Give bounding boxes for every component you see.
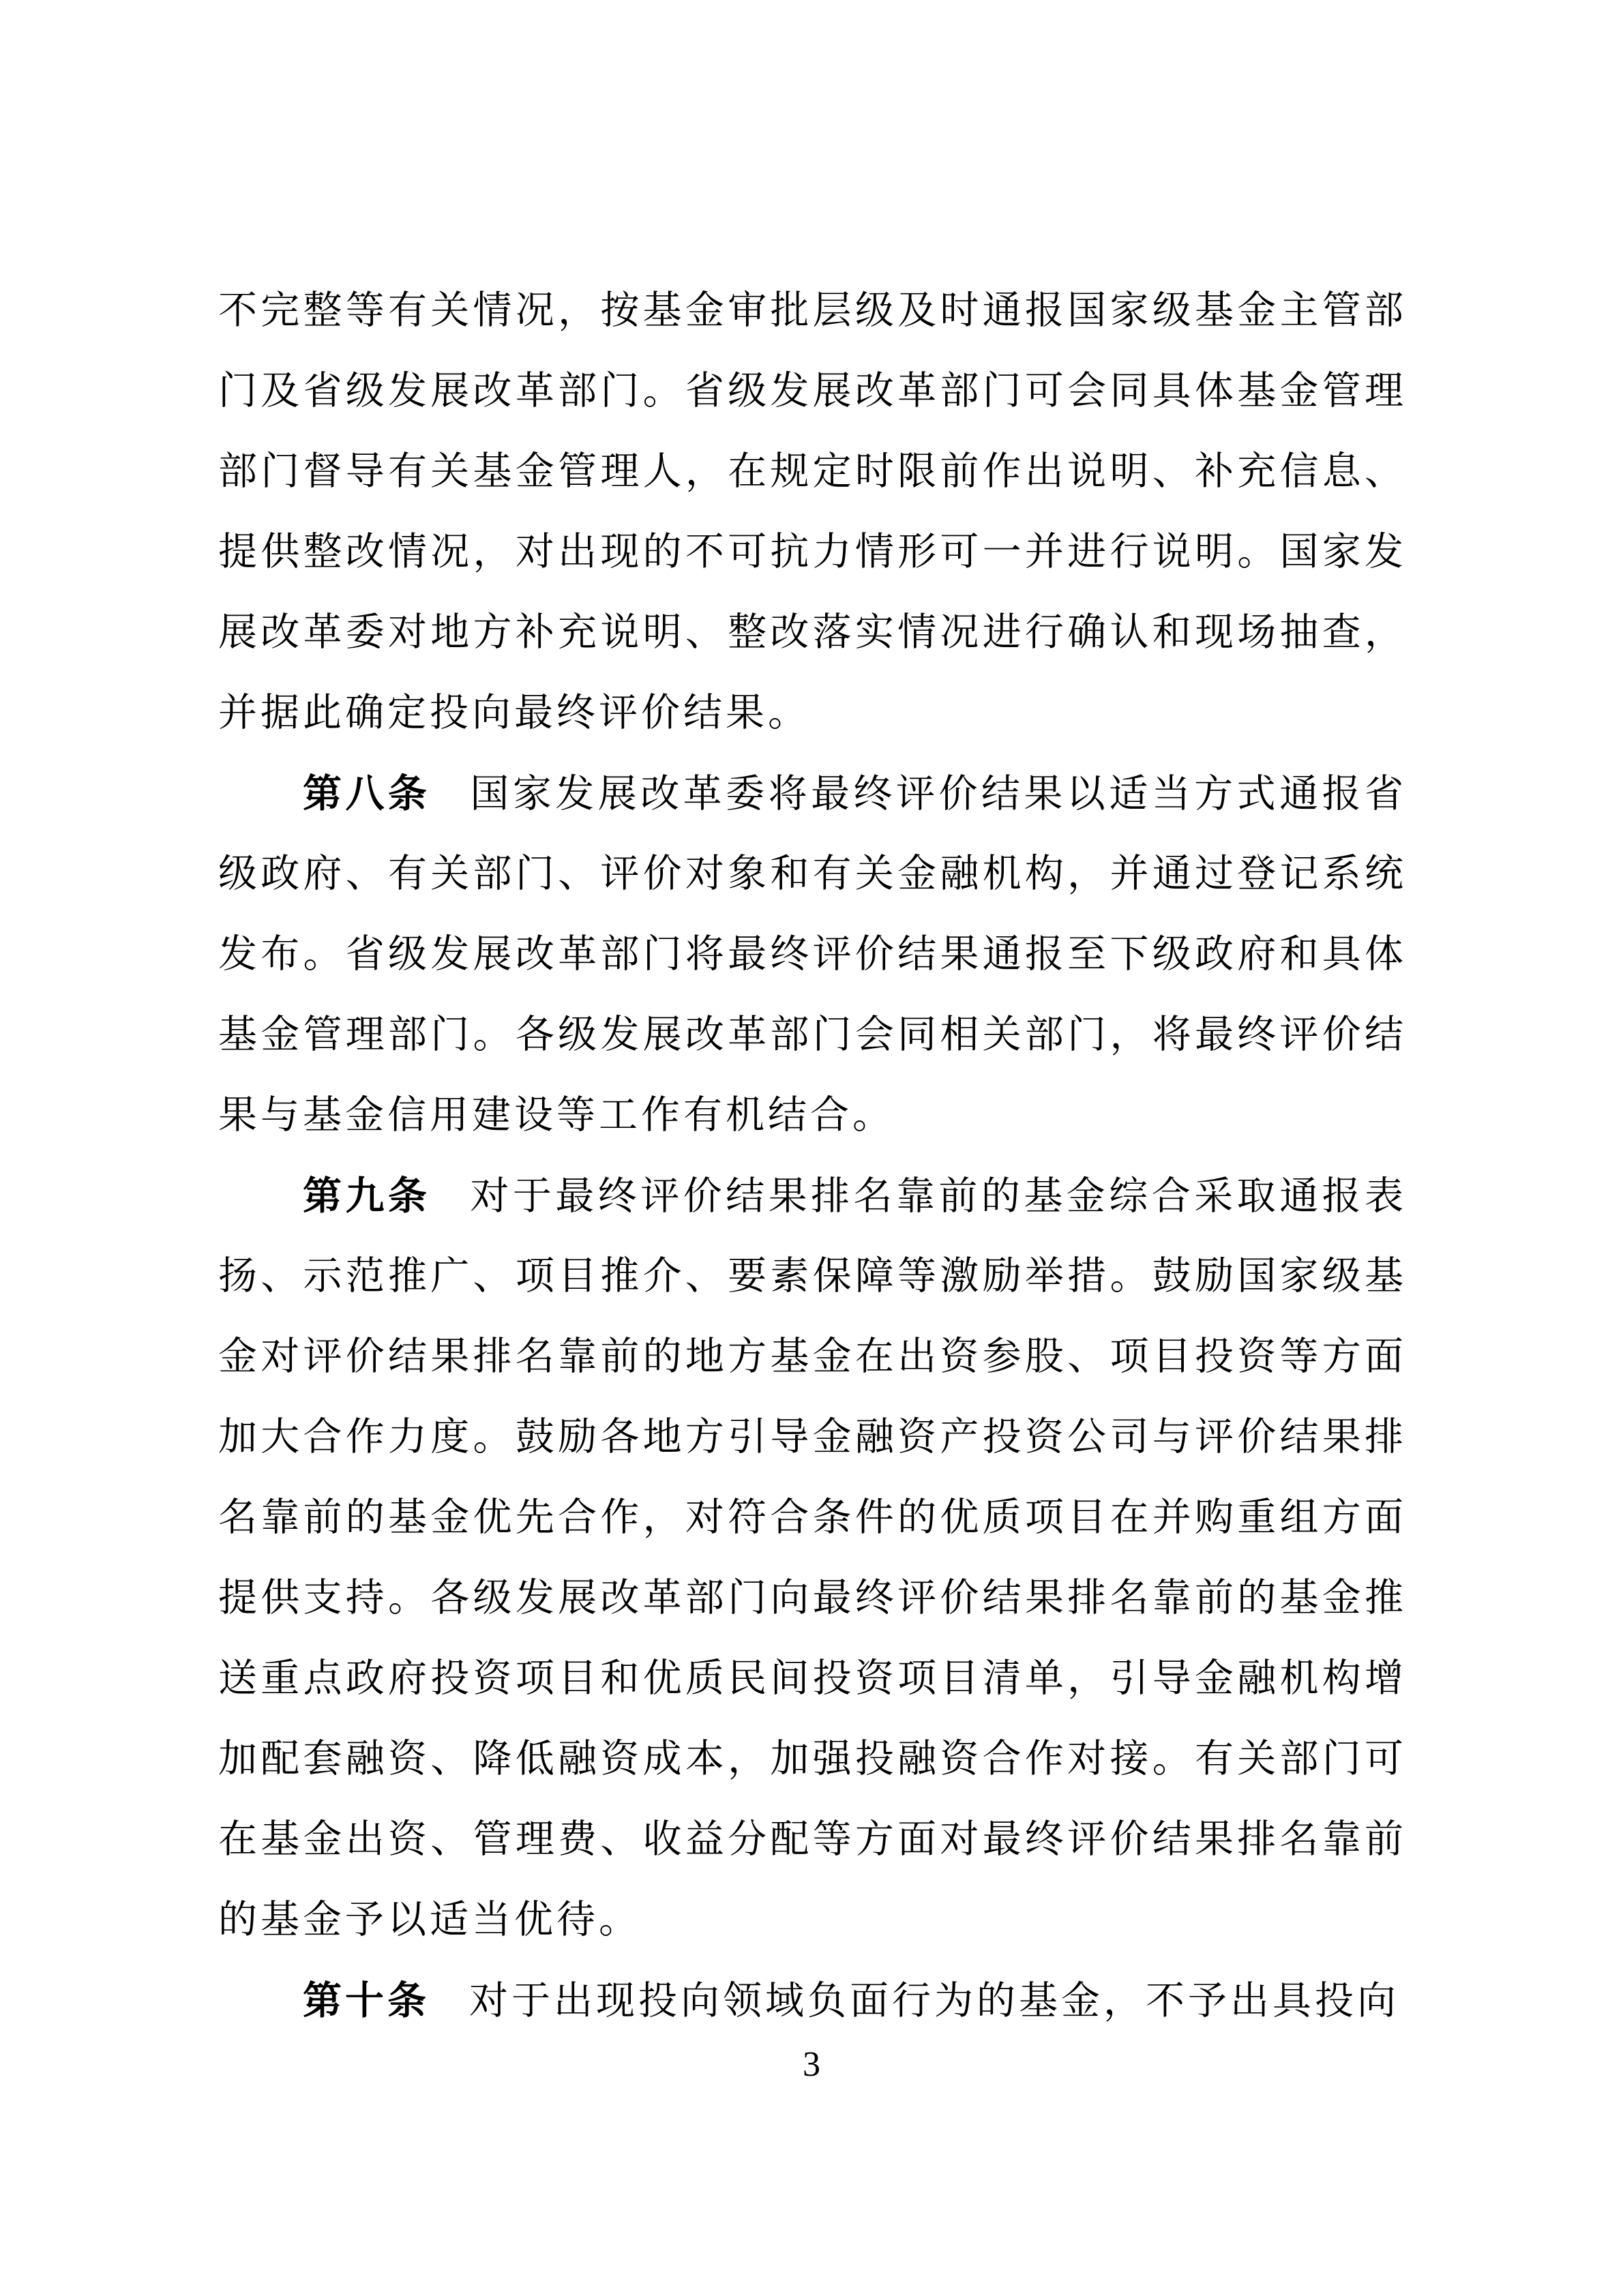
line-text: 加大合作力度。鼓励各地方引导金融资产投资公司与评价结果排: [218, 1416, 1405, 1459]
text-line: 基金管理部门。各级发展改革部门会同相关部门，将最终评价结: [218, 995, 1405, 1075]
line-text: 的基金予以适当优待。: [218, 1898, 641, 1941]
text-line: 门及省级发展改革部门。省级发展改革部门可会同具体基金管理: [218, 351, 1405, 432]
line-text: 提供整改情况，对出现的不可抗力情形可一并进行说明。国家发: [218, 531, 1405, 573]
line-text: 扬、示范推广、项目推介、要素保障等激励举措。鼓励国家级基: [218, 1255, 1405, 1298]
text-line: 扬、示范推广、项目推介、要素保障等激励举措。鼓励国家级基: [218, 1236, 1405, 1317]
line-text: 级政府、有关部门、评价对象和有关金融机构，并通过登记系统: [218, 852, 1405, 895]
line-text: 基金管理部门。各级发展改革部门会同相关部门，将最终评价结: [218, 1013, 1405, 1056]
text-line: 第九条对于最终评价结果排名靠前的基金综合采取通报表: [218, 1156, 1405, 1236]
line-text: 国家发展改革委将最终评价结果以适当方式通报省: [470, 773, 1405, 816]
text-line: 部门督导有关基金管理人，在规定时限前作出说明、补充信息、: [218, 432, 1405, 512]
line-text: 送重点政府投资项目和优质民间投资项目清单，引导金融机构增: [218, 1657, 1405, 1700]
line-text: 金对评价结果排名靠前的地方基金在出资参股、项目投资等方面: [218, 1335, 1405, 1378]
body-text: 不完整等有关情况，按基金审批层级及时通报国家级基金主管部门及省级发展改革部门。省…: [218, 271, 1405, 2041]
article-number: 第八条: [303, 772, 430, 816]
line-text: 不完整等有关情况，按基金审批层级及时通报国家级基金主管部: [218, 289, 1405, 332]
text-line: 不完整等有关情况，按基金审批层级及时通报国家级基金主管部: [218, 271, 1405, 351]
text-line: 第十条对于出现投向领域负面行为的基金，不予出具投向: [218, 1960, 1405, 2041]
text-line: 果与基金信用建设等工作有机结合。: [218, 1075, 1405, 1156]
text-line: 加大合作力度。鼓励各地方引导金融资产投资公司与评价结果排: [218, 1397, 1405, 1478]
text-line: 的基金予以适当优待。: [218, 1880, 1405, 1960]
line-text: 提供支持。各级发展改革部门向最终评价结果排名靠前的基金推: [218, 1577, 1405, 1620]
line-text: 名靠前的基金优先合作，对符合条件的优质项目在并购重组方面: [218, 1496, 1405, 1539]
line-text: 门及省级发展改革部门。省级发展改革部门可会同具体基金管理: [218, 370, 1405, 413]
line-text: 并据此确定投向最终评价结果。: [218, 691, 810, 734]
text-line: 在基金出资、管理费、收益分配等方面对最终评价结果排名靠前: [218, 1800, 1405, 1880]
text-line: 发布。省级发展改革部门将最终评价结果通报至下级政府和具体: [218, 914, 1405, 995]
line-text: 发布。省级发展改革部门将最终评价结果通报至下级政府和具体: [218, 933, 1405, 976]
text-line: 级政府、有关部门、评价对象和有关金融机构，并通过登记系统: [218, 834, 1405, 914]
text-line: 展改革委对地方补充说明、整改落实情况进行确认和现场抽查，: [218, 593, 1405, 673]
text-line: 提供支持。各级发展改革部门向最终评价结果排名靠前的基金推: [218, 1558, 1405, 1639]
line-text: 对于最终评价结果排名靠前的基金综合采取通报表: [470, 1175, 1405, 1218]
page-number: 3: [0, 2044, 1623, 2085]
document-page: 不完整等有关情况，按基金审批层级及时通报国家级基金主管部门及省级发展改革部门。省…: [0, 0, 1623, 2296]
text-line: 提供整改情况，对出现的不可抗力情形可一并进行说明。国家发: [218, 512, 1405, 593]
text-line: 送重点政府投资项目和优质民间投资项目清单，引导金融机构增: [218, 1639, 1405, 1719]
text-line: 并据此确定投向最终评价结果。: [218, 673, 1405, 754]
line-text: 部门督导有关基金管理人，在规定时限前作出说明、补充信息、: [218, 450, 1405, 493]
text-line: 加配套融资、降低融资成本，加强投融资合作对接。有关部门可: [218, 1719, 1405, 1800]
line-text: 在基金出资、管理费、收益分配等方面对最终评价结果排名靠前: [218, 1818, 1405, 1861]
text-line: 金对评价结果排名靠前的地方基金在出资参股、项目投资等方面: [218, 1317, 1405, 1397]
line-text: 果与基金信用建设等工作有机结合。: [218, 1094, 895, 1137]
text-line: 第八条国家发展改革委将最终评价结果以适当方式通报省: [218, 754, 1405, 834]
article-number: 第十条: [303, 1979, 430, 2023]
line-text: 展改革委对地方补充说明、整改落实情况进行确认和现场抽查，: [218, 611, 1405, 654]
line-text: 加配套融资、降低融资成本，加强投融资合作对接。有关部门可: [218, 1738, 1405, 1780]
article-number: 第九条: [303, 1174, 430, 1218]
text-line: 名靠前的基金优先合作，对符合条件的优质项目在并购重组方面: [218, 1478, 1405, 1558]
line-text: 对于出现投向领域负面行为的基金，不予出具投向: [469, 1980, 1399, 2023]
